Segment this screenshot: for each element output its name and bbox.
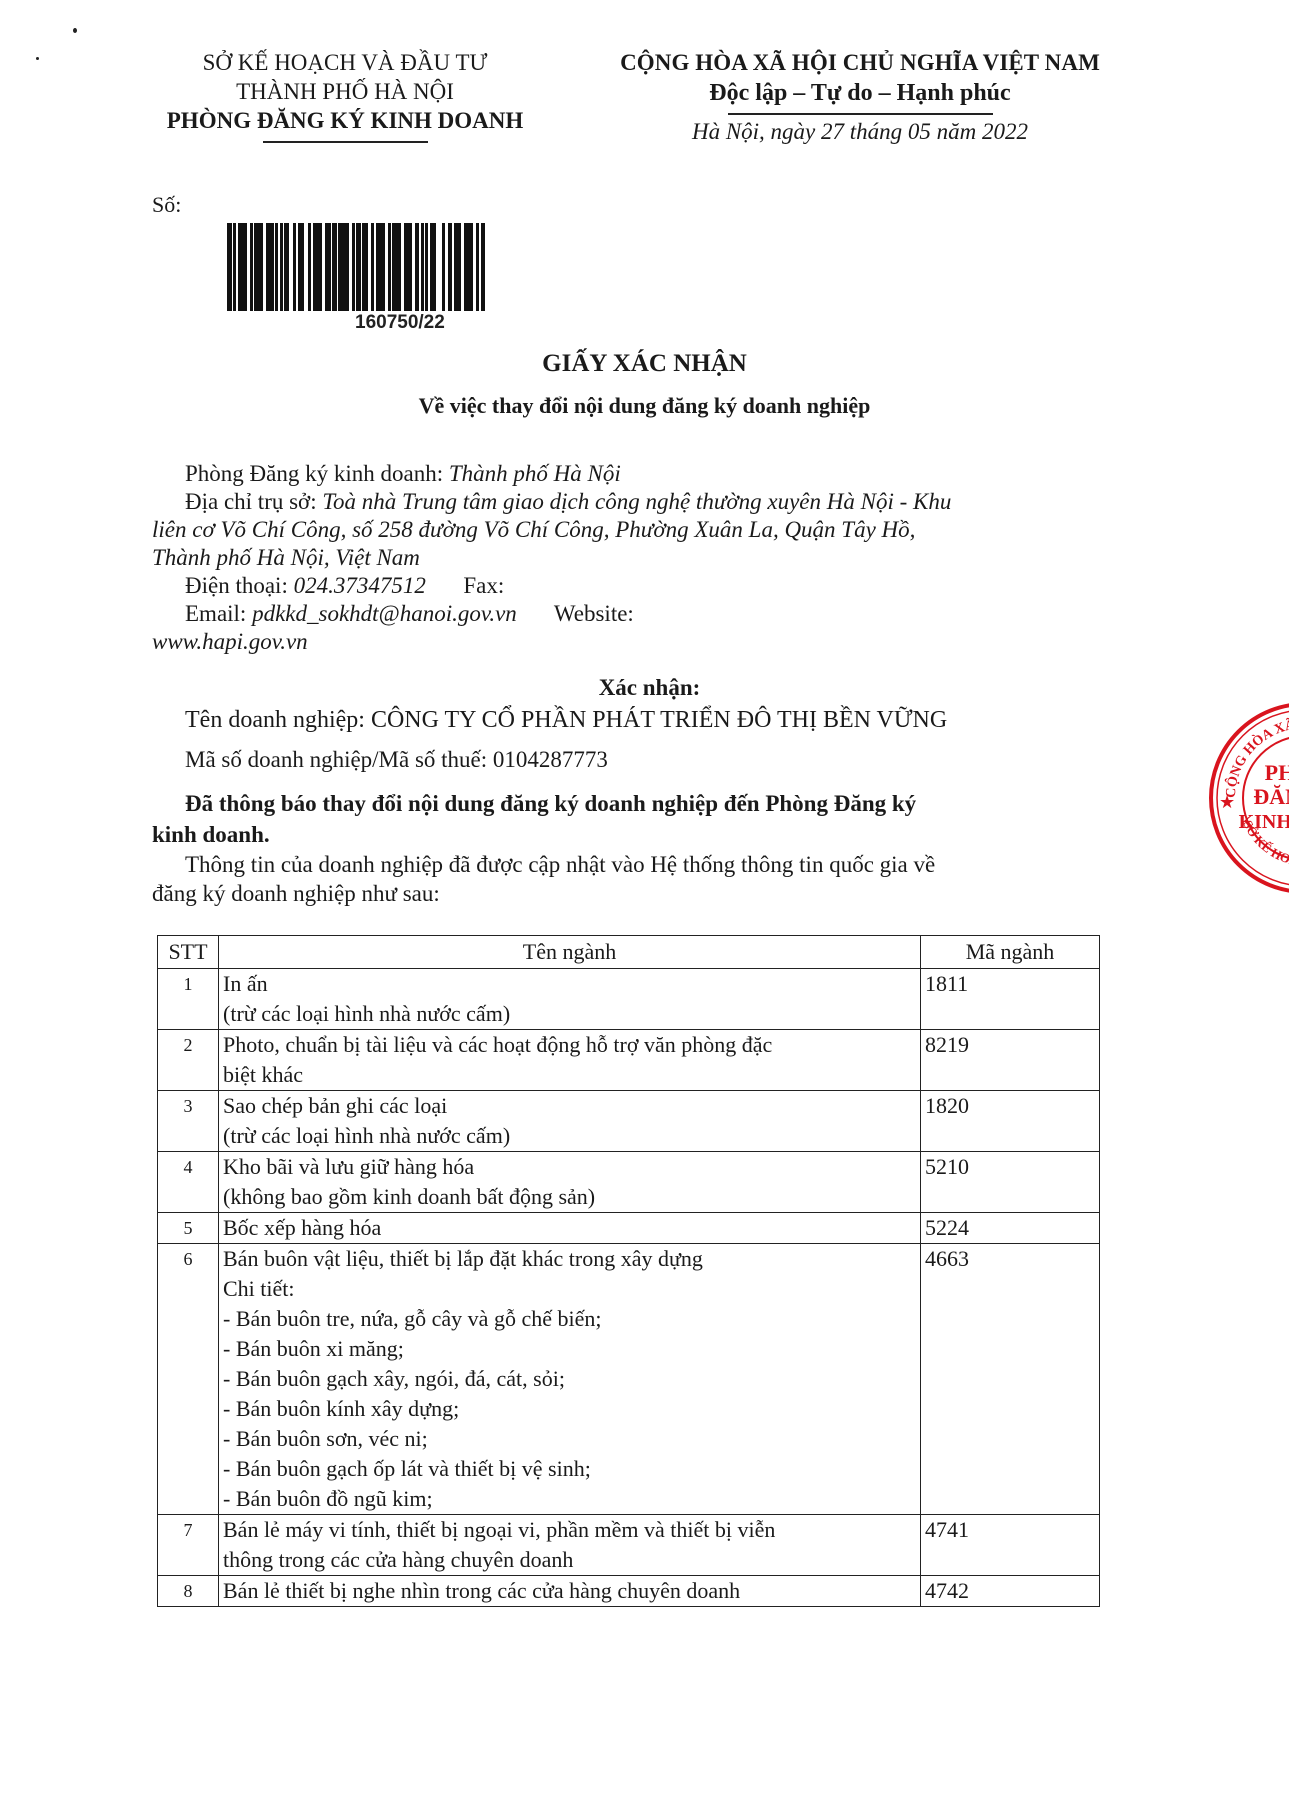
row-business-name: Bán lẻ máy vi tính, thiết bị ngoại vi, p… (219, 1515, 921, 1576)
address-continuation: Thành phố Hà Nội, Việt Nam (152, 544, 1112, 572)
authority-divider (263, 141, 428, 143)
table-row: 1In ấn(trừ các loại hình nhà nước cấm)18… (158, 969, 1100, 1030)
row-business-code: 4742 (921, 1576, 1100, 1607)
confirmation-heading: Xác nhận: (0, 675, 1289, 701)
business-name-line: Sao chép bản ghi các loại (223, 1091, 916, 1121)
table-row: 6Bán buôn vật liệu, thiết bị lắp đặt khá… (158, 1244, 1100, 1515)
barcode-bar (266, 223, 274, 311)
change-notice: Đã thông báo thay đổi nội dung đăng ký d… (152, 788, 1112, 850)
country-name: CỘNG HÒA XÃ HỘI CHỦ NGHĨA VIỆT NAM (610, 48, 1110, 77)
business-name-line: In ấn (223, 969, 916, 999)
row-business-name: Kho bãi và lưu giữ hàng hóa(không bao gồ… (219, 1152, 921, 1213)
address-label: Địa chỉ trụ sở: (185, 489, 317, 514)
address-continuation: liên cơ Võ Chí Công, số 258 đường Võ Chí… (152, 516, 1112, 544)
address-value-2: liên cơ Võ Chí Công, số 258 đường Võ Chí… (152, 517, 915, 542)
row-business-name: Bán buôn vật liệu, thiết bị lắp đặt khác… (219, 1244, 921, 1515)
table-row: 3Sao chép bản ghi các loại(trừ các loại … (158, 1091, 1100, 1152)
column-header-stt: STT (158, 936, 219, 969)
row-business-name: Photo, chuẩn bị tài liệu và các hoạt độn… (219, 1030, 921, 1091)
address-value-1: Toà nhà Trung tâm giao dịch công nghệ th… (322, 489, 951, 514)
stamp-center-text: ĐĂNG KÝ (1253, 784, 1289, 809)
tax-id-line: Mã số doanh nghiệp/Mã số thuế: 010428777… (185, 747, 608, 773)
info-statement: Thông tin của doanh nghiệp đã được cập n… (152, 850, 1112, 908)
phone-line: Điện thoại: 024.37347512 Fax: (152, 572, 1112, 600)
business-name-line: - Bán buôn kính xây dựng; (223, 1394, 916, 1424)
table-row: 7Bán lẻ máy vi tính, thiết bị ngoại vi, … (158, 1515, 1100, 1576)
email-value: pdkkd_sokhdt@hanoi.gov.vn (252, 601, 517, 626)
business-name-line: Bán lẻ thiết bị nghe nhìn trong các cửa … (223, 1576, 916, 1606)
address-value-3: Thành phố Hà Nội, Việt Nam (152, 545, 420, 570)
table-header-row: STT Tên ngành Mã ngành (158, 936, 1100, 969)
national-heading: CỘNG HÒA XÃ HỘI CHỦ NGHĨA VIỆT NAM Độc l… (610, 48, 1110, 145)
phone-value: 024.37347512 (294, 573, 426, 598)
row-business-code: 4741 (921, 1515, 1100, 1576)
row-business-code: 5224 (921, 1213, 1100, 1244)
info-line-1: Thông tin của doanh nghiệp đã được cập n… (152, 850, 1112, 879)
row-business-code: 8219 (921, 1030, 1100, 1091)
barcode-bar (464, 223, 473, 311)
website-label: Website: (554, 601, 634, 626)
fax-label: Fax: (463, 573, 504, 598)
website-value: www.hapi.gov.vn (152, 629, 308, 654)
business-name-line: Bốc xếp hàng hóa (223, 1213, 916, 1243)
barcode-bar (254, 223, 263, 311)
barcode-bar (392, 223, 401, 311)
business-name-line: - Bán buôn xi măng; (223, 1334, 916, 1364)
row-stt: 1 (158, 969, 219, 1030)
office-line: Phòng Đăng ký kinh doanh: Thành phố Hà N… (152, 460, 1112, 488)
stamp-center-text: PHÒNG (1265, 760, 1289, 785)
row-business-name: Bốc xếp hàng hóa (219, 1213, 921, 1244)
official-stamp: CỘNG HÒA XÃ HỘI SỞ KẾ HOẠCH VÀ ★ PHÒNG Đ… (1205, 698, 1289, 898)
business-name-line: (trừ các loại hình nhà nước cấm) (223, 999, 916, 1029)
authority-line-2: THÀNH PHỐ HÀ NỘI (150, 77, 540, 106)
row-business-name: Bán lẻ thiết bị nghe nhìn trong các cửa … (219, 1576, 921, 1607)
document-subtitle: Về việc thay đổi nội dung đăng ký doanh … (0, 393, 1289, 419)
document-number-label: Số: (152, 192, 181, 218)
row-stt: 3 (158, 1091, 219, 1152)
barcode-bar (485, 223, 487, 311)
barcode-number: 160750/22 (355, 312, 445, 334)
email-label: Email: (185, 601, 246, 626)
row-stt: 4 (158, 1152, 219, 1213)
business-name-line: - Bán buôn tre, nứa, gỗ cây và gỗ chế bi… (223, 1304, 916, 1334)
business-name-line: (trừ các loại hình nhà nước cấm) (223, 1121, 916, 1151)
company-label: Tên doanh nghiệp: (185, 707, 365, 733)
authority-line-3: PHÒNG ĐĂNG KÝ KINH DOANH (150, 106, 540, 135)
notice-line-1: Đã thông báo thay đổi nội dung đăng ký d… (152, 788, 1112, 819)
address-line: Địa chỉ trụ sở: Toà nhà Trung tâm giao d… (152, 488, 1112, 516)
business-name-line: Bán lẻ máy vi tính, thiết bị ngoại vi, p… (223, 1515, 916, 1545)
business-name-line: - Bán buôn đồ ngũ kim; (223, 1484, 916, 1514)
row-stt: 2 (158, 1030, 219, 1091)
issue-date: Hà Nội, ngày 27 tháng 05 năm 2022 (610, 119, 1110, 145)
business-name-line: Chi tiết: (223, 1274, 916, 1304)
info-line-2: đăng ký doanh nghiệp như sau: (152, 879, 1112, 908)
table-row: 8Bán lẻ thiết bị nghe nhìn trong các cửa… (158, 1576, 1100, 1607)
business-name-line: Photo, chuẩn bị tài liệu và các hoạt độn… (223, 1030, 916, 1060)
motto-divider (728, 113, 993, 115)
star-icon: ★ (1219, 792, 1235, 812)
row-stt: 8 (158, 1576, 219, 1607)
row-stt: 6 (158, 1244, 219, 1515)
barcode-bar (338, 223, 349, 311)
business-lines-table: STT Tên ngành Mã ngành 1In ấn(trừ các lo… (157, 935, 1100, 1607)
company-name: CÔNG TY CỔ PHẦN PHÁT TRIỂN ĐÔ THỊ BỀN VỮ… (371, 707, 947, 733)
row-business-name: In ấn(trừ các loại hình nhà nước cấm) (219, 969, 921, 1030)
website-line: www.hapi.gov.vn (152, 628, 1112, 656)
table-row: 4Kho bãi và lưu giữ hàng hóa(không bao g… (158, 1152, 1100, 1213)
barcode-bar (313, 223, 322, 311)
row-business-code: 1811 (921, 969, 1100, 1030)
barcode (227, 223, 562, 313)
row-business-code: 4663 (921, 1244, 1100, 1515)
column-header-code: Mã ngành (921, 936, 1100, 969)
notice-line-2: kinh doanh. (152, 819, 1112, 850)
business-name-line: (không bao gồm kinh doanh bất động sản) (223, 1182, 916, 1212)
phone-label: Điện thoại: (185, 573, 288, 598)
business-name-line: biệt khác (223, 1060, 916, 1090)
scan-speck (73, 28, 77, 33)
row-business-code: 1820 (921, 1091, 1100, 1152)
tax-id-label: Mã số doanh nghiệp/Mã số thuế: (185, 747, 487, 772)
barcode-bar (376, 223, 385, 311)
business-name-line: - Bán buôn gạch xây, ngói, đá, cát, sỏi; (223, 1364, 916, 1394)
table-row: 2Photo, chuẩn bị tài liệu và các hoạt độ… (158, 1030, 1100, 1091)
business-name-line: - Bán buôn gạch ốp lát và thiết bị vệ si… (223, 1454, 916, 1484)
row-business-name: Sao chép bản ghi các loại(trừ các loại h… (219, 1091, 921, 1152)
table-row: 5Bốc xếp hàng hóa5224 (158, 1213, 1100, 1244)
row-stt: 7 (158, 1515, 219, 1576)
business-name-line: Bán buôn vật liệu, thiết bị lắp đặt khác… (223, 1244, 916, 1274)
stamp-center-text: KINH DOANH (1239, 811, 1289, 833)
tax-id-value: 0104287773 (493, 747, 608, 772)
document-title: GIẤY XÁC NHẬN (0, 350, 1289, 378)
barcode-bar (238, 223, 247, 311)
business-name-line: - Bán buôn sơn, véc ni; (223, 1424, 916, 1454)
office-value: Thành phố Hà Nội (449, 461, 621, 486)
barcode-bar (404, 223, 412, 311)
barcode-bar (454, 223, 462, 311)
email-line: Email: pdkkd_sokhdt@hanoi.gov.vn Website… (152, 600, 1112, 628)
row-stt: 5 (158, 1213, 219, 1244)
issuing-authority: SỞ KẾ HOẠCH VÀ ĐẦU TƯ THÀNH PHỐ HÀ NỘI P… (150, 48, 540, 143)
company-line: Tên doanh nghiệp: CÔNG TY CỔ PHẦN PHÁT T… (185, 707, 947, 734)
row-business-code: 5210 (921, 1152, 1100, 1213)
scan-speck (36, 57, 39, 60)
business-name-line: Kho bãi và lưu giữ hàng hóa (223, 1152, 916, 1182)
column-header-name: Tên ngành (219, 936, 921, 969)
national-motto: Độc lập – Tự do – Hạnh phúc (610, 77, 1110, 109)
office-label: Phòng Đăng ký kinh doanh: (185, 461, 443, 486)
business-name-line: thông trong các cửa hàng chuyên doanh (223, 1545, 916, 1575)
authority-line-1: SỞ KẾ HOẠCH VÀ ĐẦU TƯ (150, 48, 540, 77)
office-details: Phòng Đăng ký kinh doanh: Thành phố Hà N… (152, 460, 1112, 656)
